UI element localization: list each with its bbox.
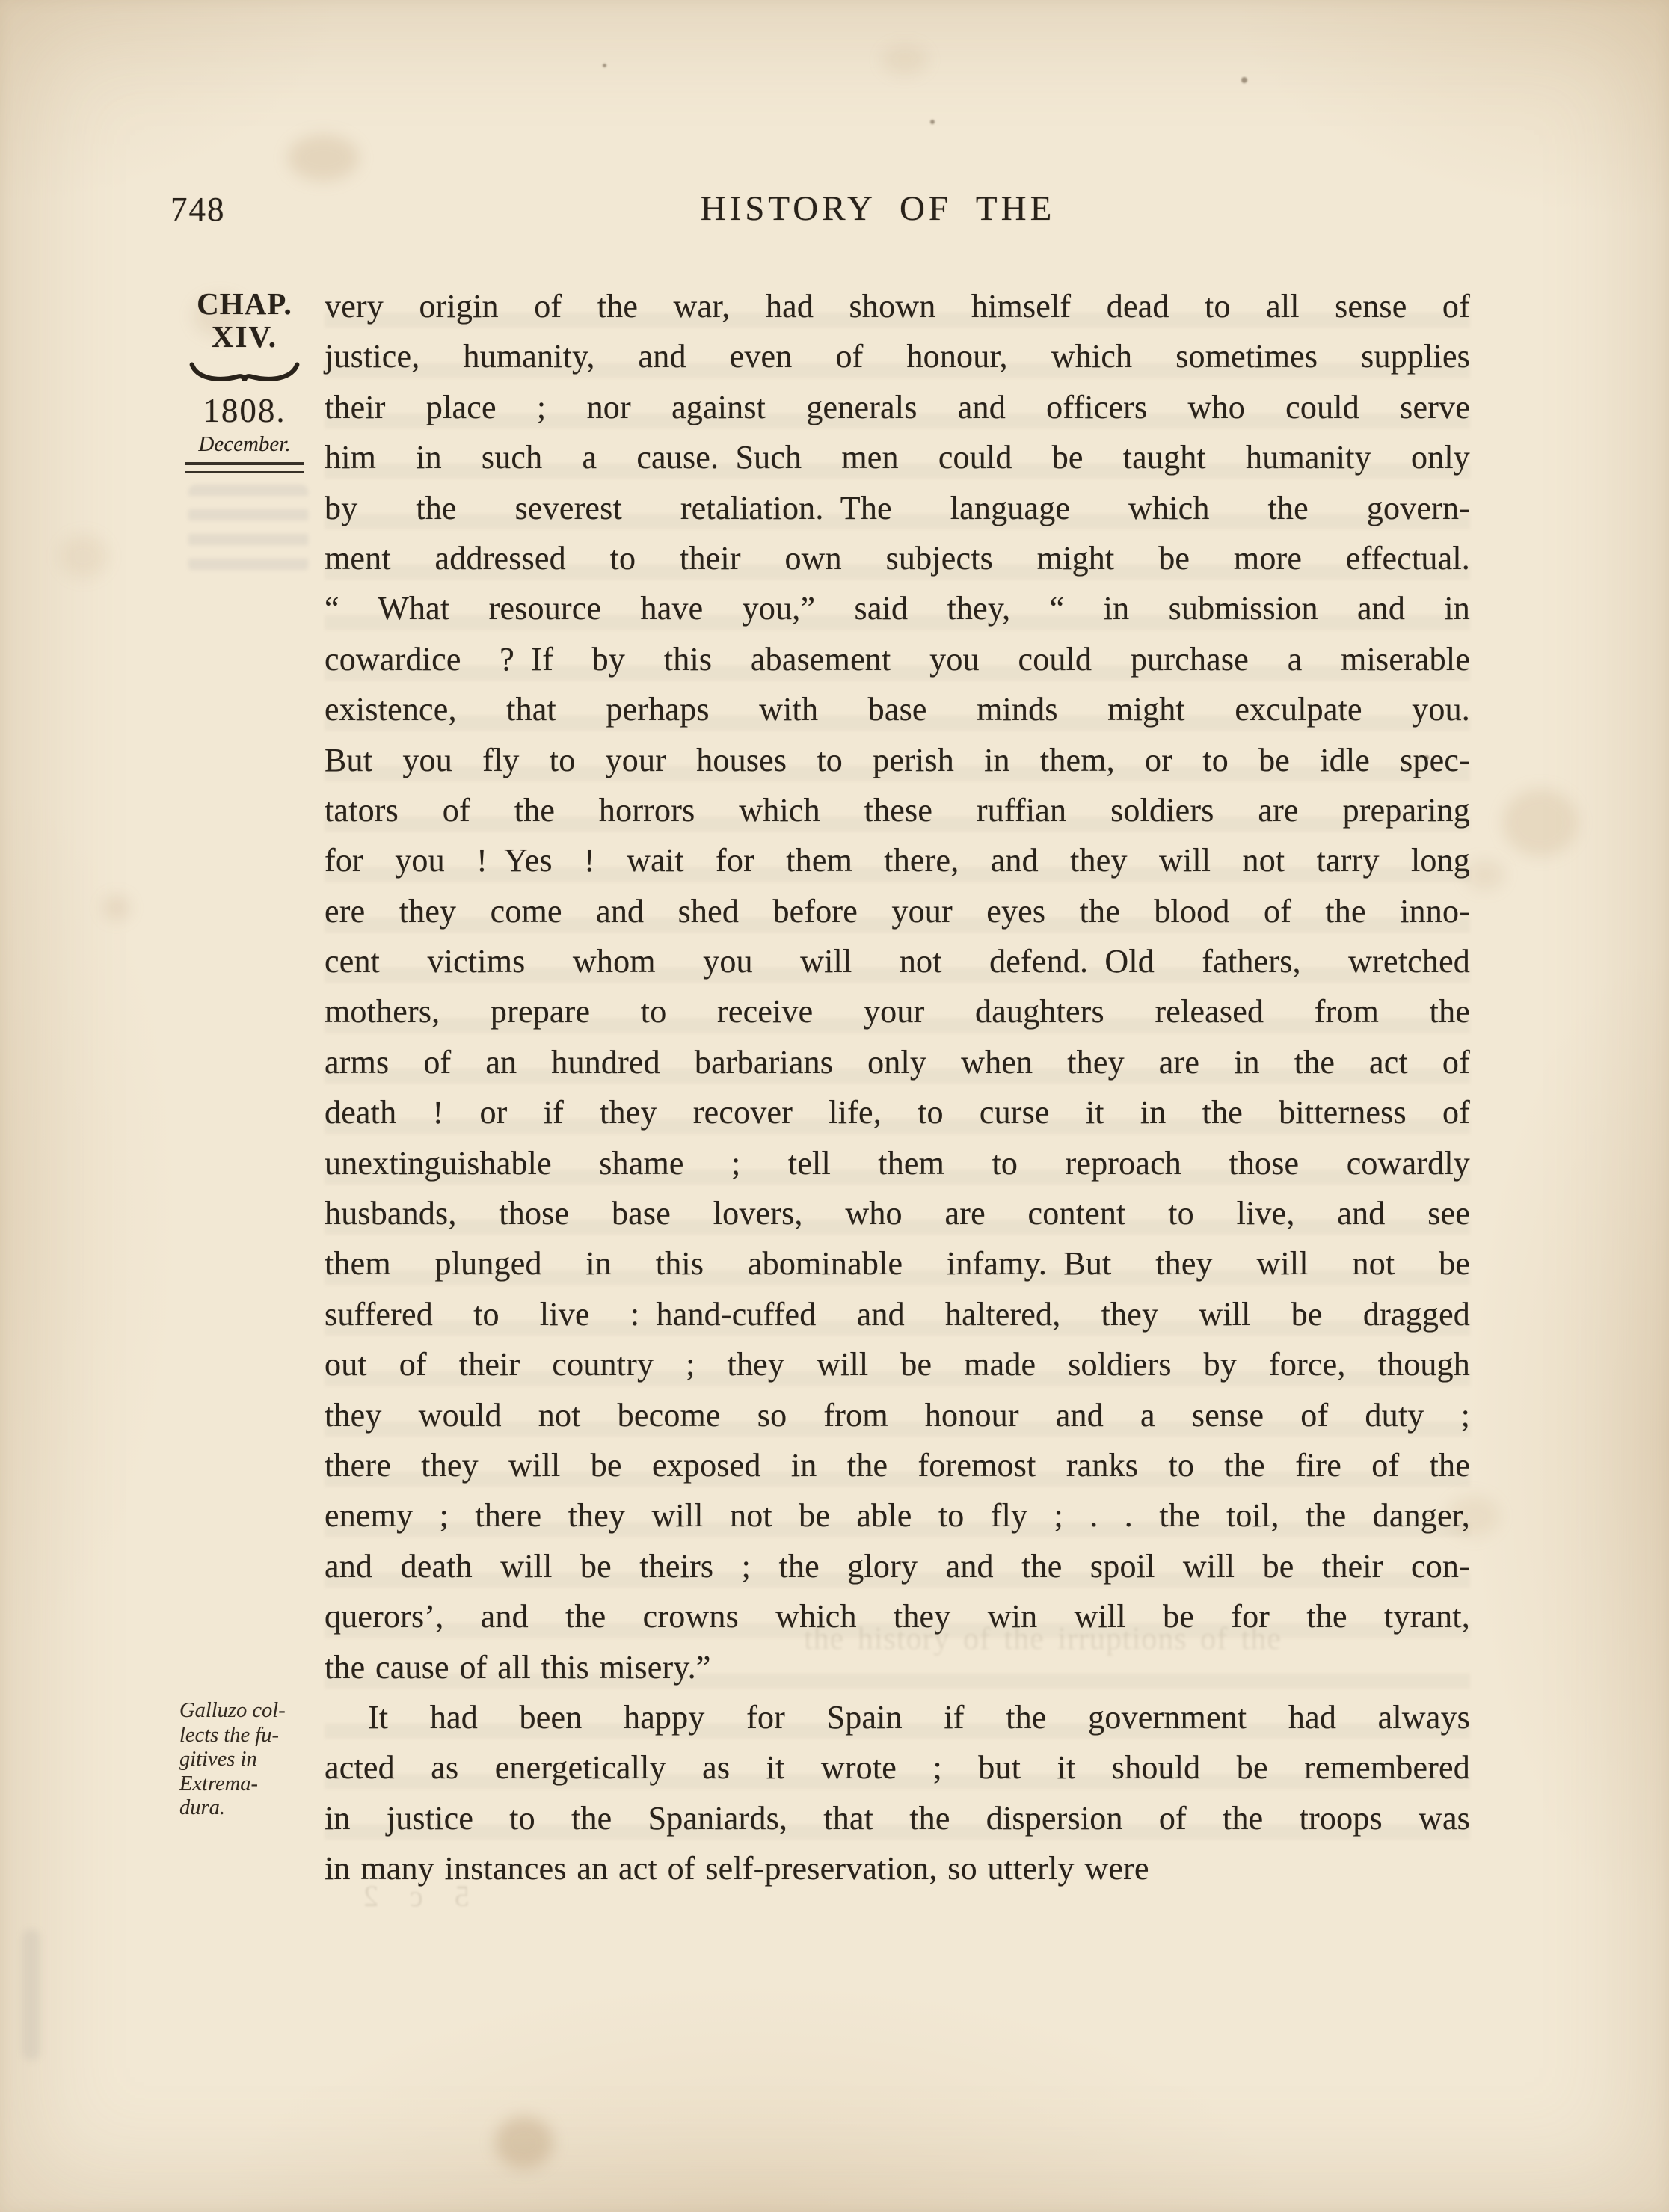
date-month: December. [178,434,311,455]
foxing-stain [288,135,359,181]
foxing-stain [103,896,130,920]
body-line: for you ! Yes ! wait for them there, and… [325,835,1470,885]
book-page: 748 HISTORY OF THE CHAP. XIV. 1808. Dece… [0,0,1669,2212]
foxing-stain [1466,860,1504,890]
body-line: by the severest retaliation. The languag… [325,483,1470,533]
body-line: enemy ; there they will not be able to f… [325,1490,1470,1540]
body-line: But you fly to your houses to perish in … [325,735,1470,785]
body-line: him in such a cause. Such men could be t… [325,432,1470,482]
body-line: there they will be exposed in the foremo… [325,1440,1470,1490]
foxing-stain [1503,789,1578,856]
body-line: unextinguishable shame ; tell them to re… [325,1138,1470,1188]
foxing-stain [60,535,108,578]
running-header: HISTORY OF THE [325,188,1431,229]
ink-speck [603,64,606,67]
body-line: tators of the horrors which these ruffia… [325,785,1470,835]
body-line: ment addressed to their own subjects mig… [325,533,1470,583]
body-line: out of their country ; they will be made… [325,1339,1470,1389]
page-number: 748 [170,190,226,229]
body-line: death ! or if they recover life, to curs… [325,1087,1470,1137]
side-note-line: Galluzo col- [179,1699,329,1724]
pencil-smudge [22,1929,40,2060]
body-line: them plunged in this abominable infamy. … [325,1238,1470,1288]
date-year: 1808. [178,394,311,428]
body-line: they would not become so from honour and… [325,1390,1470,1440]
side-note: Galluzo col-lects the fu-gitives inExtre… [179,1699,329,1821]
body-line: in many instances an act of self-preserv… [325,1843,1470,1893]
foxing-stain [495,2116,553,2169]
ghost-showthrough-marginal [188,485,308,573]
body-line: mothers, prepare to receive your daughte… [325,986,1470,1036]
chapter-number: XIV. [178,322,311,352]
ink-speck [1241,77,1247,83]
body-line: their place ; nor against generals and o… [325,382,1470,432]
body-line: husbands, those base lovers, who are con… [325,1188,1470,1238]
side-note-line: dura. [179,1796,329,1821]
body-line: in justice to the Spaniards, that the di… [325,1793,1470,1843]
body-line: arms of an hundred barbarians only when … [325,1037,1470,1087]
side-note-line: Extrema- [179,1772,329,1797]
body-line: ere they come and shed before your eyes … [325,886,1470,936]
body-line: justice, humanity, and even of honour, w… [325,331,1470,381]
side-note-line: gitives in [179,1748,329,1772]
ghost-showthrough-text: the history of the irruptions of the [804,1621,1477,1657]
chapter-label: CHAP. [178,289,311,319]
ink-speck [930,120,935,124]
date-rule [185,462,304,473]
body-line: “ What resource have you,” said they, “ … [325,583,1470,633]
foxing-stain [882,45,927,75]
side-note-line: lects the fu- [179,1724,329,1748]
ghost-signature-mark: 5 c 2 [351,1878,470,1914]
body-line: and death will be theirs ; the glory and… [325,1541,1470,1591]
chapter-marginal-block: CHAP. XIV. 1808. December. [178,289,311,473]
body-line: very origin of the war, had shown himsel… [325,281,1470,331]
body-line: existence, that perhaps with base minds … [325,684,1470,734]
body-line: cent victims whom you will not defend. O… [325,936,1470,986]
body-line: It had been happy for Spain if the gover… [325,1692,1470,1742]
body-line: cowardice ? If by this abasement you cou… [325,634,1470,684]
body-line: suffered to live : hand-cuffed and halte… [325,1289,1470,1339]
chapter-brace-ornament [188,360,301,387]
body-line: acted as energetically as it wrote ; but… [325,1742,1470,1792]
